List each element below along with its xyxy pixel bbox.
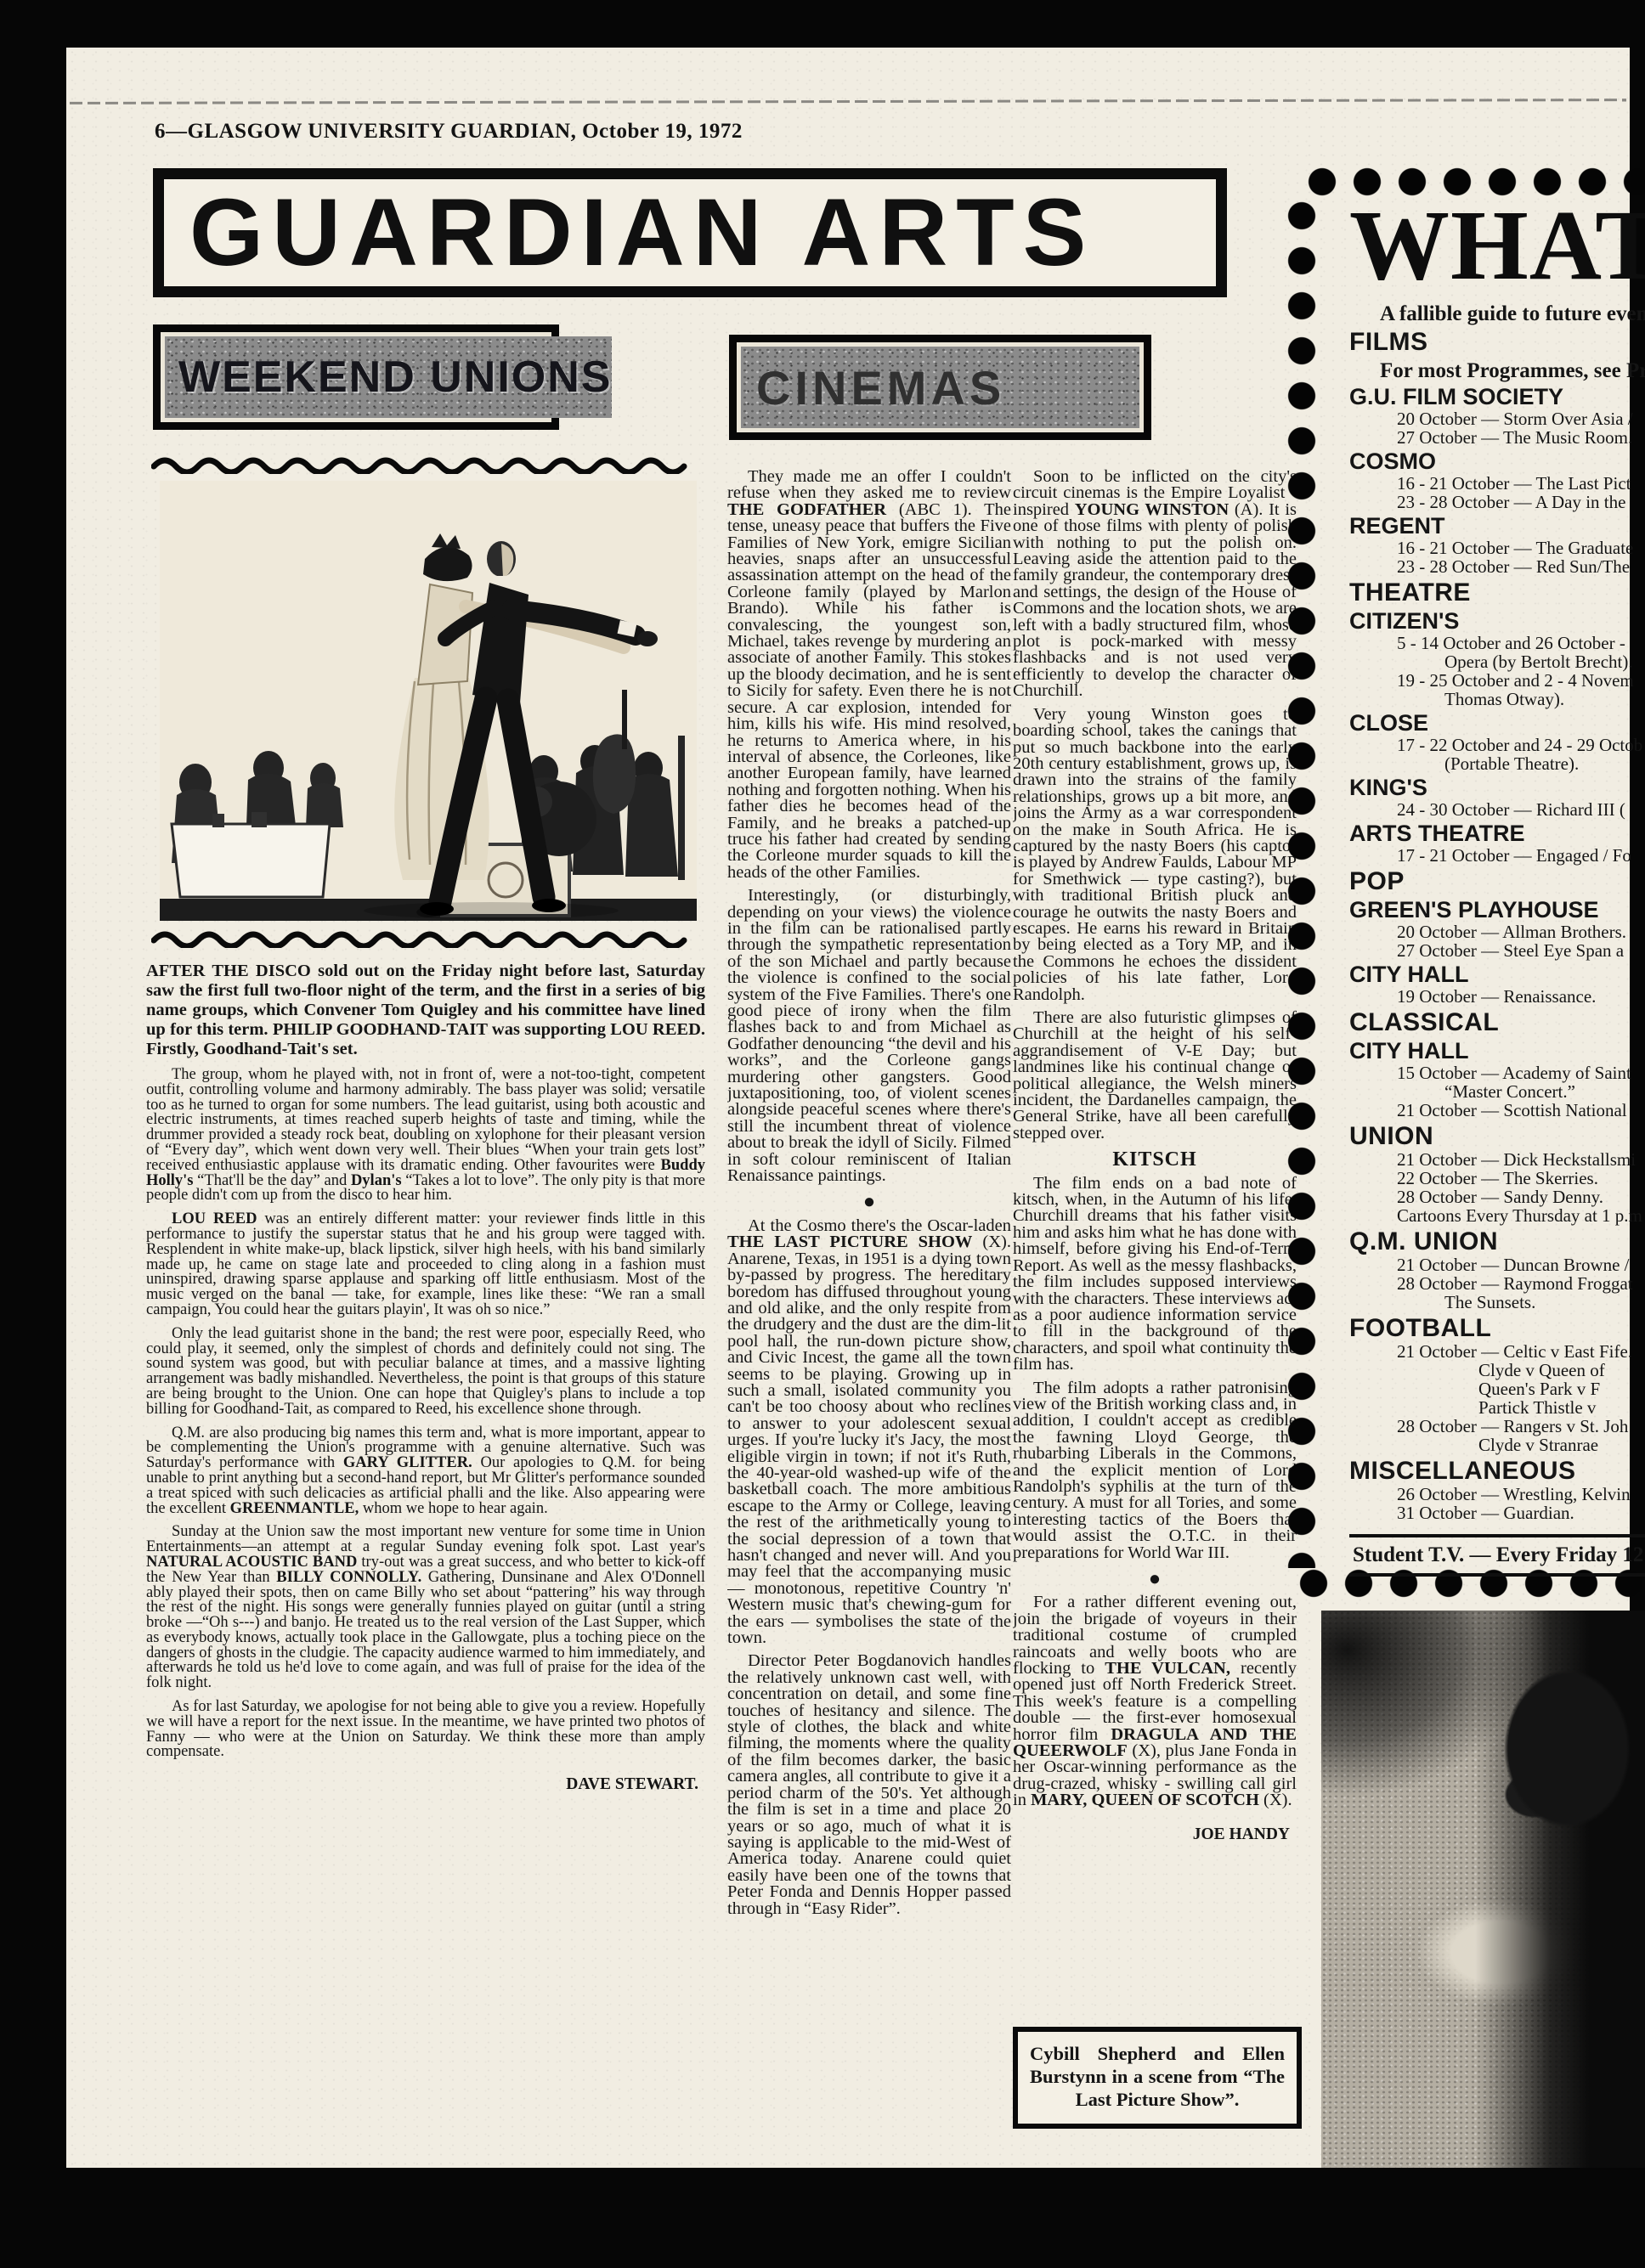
listing-venue-name: CITIZEN'S	[1349, 609, 1645, 634]
listing-event-line: 24 - 30 October — Richard III (	[1349, 800, 1645, 819]
paragraph: Very young Winston goes to boarding scho…	[1013, 707, 1297, 1003]
bullet-separator: ●	[727, 1194, 1011, 1210]
bullet-separator: ●	[1013, 1571, 1297, 1588]
listing-event-line: 26 October — Wrestling, Kelvin	[1349, 1485, 1645, 1504]
paragraph: As for last Saturday, we apologise for n…	[146, 1700, 705, 1760]
listing-section-heading: FILMS	[1349, 329, 1645, 356]
masthead: 6—GLASGOW UNIVERSITY GUARDIAN, October 1…	[155, 119, 743, 144]
listing-event-line: 27 October — The Music Room.	[1349, 428, 1645, 447]
paragraph: LOU REED was an entirely different matte…	[146, 1212, 705, 1318]
listing-event-line: 20 October — Storm Over Asia /	[1349, 409, 1645, 428]
listing-event-line: 27 October — Steel Eye Span a	[1349, 941, 1645, 960]
paragraph: They made me an offer I couldn't refuse …	[727, 469, 1011, 881]
scan-border-bottom	[0, 2168, 1645, 2268]
listing-event-line: 23 - 28 October — A Day in the	[1349, 493, 1645, 511]
paragraph: AFTER THE DISCO sold out on the Friday n…	[146, 962, 705, 1059]
listing-event-line: 17 - 21 October — Engaged / Fo	[1349, 846, 1645, 865]
listing-venue-name: KING'S	[1349, 776, 1645, 800]
subheading: KITSCH	[1013, 1152, 1297, 1168]
wavy-divider-bottom	[151, 931, 705, 948]
listing-section-heading: POP	[1349, 868, 1645, 895]
listing-event-line: 19 - 25 October and 2 - 4 Novem	[1349, 671, 1645, 690]
dancing-couple-illustration	[160, 481, 697, 921]
weekend-unions-header-bg: WEEKEND UNIONS	[165, 336, 612, 418]
paragraph: Sunday at the Union saw the most importa…	[146, 1525, 705, 1691]
listing-venue-name: CITY HALL	[1349, 962, 1645, 987]
scan-border-left	[0, 0, 66, 2268]
paragraph: Soon to be inflicted on the city's circu…	[1013, 469, 1297, 700]
whats-on-sections: FILMSFor most Programmes, see PressG.U. …	[1349, 329, 1645, 1522]
student-tv-note: Student T.V. — Every Friday 12	[1349, 1534, 1645, 1577]
listing-event-line: 16 - 21 October — The Last Pict	[1349, 474, 1645, 493]
paragraph: Only the lead guitarist shone in the ban…	[146, 1327, 705, 1418]
listing-event-line: Opera (by Bertolt Brecht).	[1349, 652, 1645, 671]
wavy-divider-top	[151, 457, 705, 474]
listing-event-line: (Portable Theatre).	[1349, 754, 1645, 773]
listing-event-line: The Sunsets.	[1349, 1293, 1645, 1312]
listing-event-line: Clyde v Queen of	[1349, 1361, 1645, 1379]
listing-venue-name: GREEN'S PLAYHOUSE	[1349, 898, 1645, 922]
listing-section-heading: THEATRE	[1349, 579, 1645, 606]
whats-on-title: WHAT'S ON	[1349, 192, 1645, 299]
scan-border-top	[0, 0, 1645, 48]
listing-event-line: 15 October — Academy of Saint	[1349, 1063, 1645, 1082]
paragraph: The film adopts a rather patronising vie…	[1013, 1380, 1297, 1561]
listing-event-line: 21 October — Celtic v East Fife.	[1349, 1342, 1645, 1361]
paragraph: Q.M. are also producing big names this t…	[146, 1426, 705, 1517]
cinemas-header-bg: CINEMAS	[741, 347, 1139, 428]
paragraph: There are also futuristic glimpses of Ch…	[1013, 1010, 1297, 1142]
listing-event-line: Cartoons Every Thursday at 1 p.m	[1349, 1206, 1645, 1225]
guardian-arts-title: GUARDIAN ARTS	[164, 185, 1094, 280]
listing-venue-name: CITY HALL	[1349, 1039, 1645, 1063]
listing-event-line: “Master Concert.”	[1349, 1082, 1645, 1101]
paragraph: Interestingly, (or disturbingly, dependi…	[727, 888, 1011, 1184]
listing-event-line: 23 - 28 October — Red Sun/The	[1349, 557, 1645, 576]
listing-event-line: Partick Thistle v	[1349, 1398, 1645, 1417]
listing-event-line: Thomas Otway).	[1349, 690, 1645, 708]
byline: DAVE STEWART.	[146, 1777, 705, 1792]
listing-event-line: 5 - 14 October and 26 October -	[1349, 634, 1645, 652]
listing-venue-name: G.U. FILM SOCIETY	[1349, 385, 1645, 409]
listing-venue-name: COSMO	[1349, 449, 1645, 474]
cinemas-article-col-2: Soon to be inflicted on the city's circu…	[1013, 462, 1297, 2025]
whats-on-listings: WHAT'S ON A fallible guide to future eve…	[1349, 192, 1645, 1577]
paragraph: At the Cosmo there's the Oscar-laden THE…	[727, 1218, 1011, 1647]
listing-event-line: 20 October — Allman Brothers.	[1349, 922, 1645, 941]
listing-venue-name: CLOSE	[1349, 711, 1645, 736]
guardian-arts-banner: GUARDIAN ARTS	[153, 168, 1227, 297]
listing-event-line: Clyde v Stranrae	[1349, 1436, 1645, 1454]
listing-section-heading: UNION	[1349, 1123, 1645, 1150]
listing-event-line: 21 October — Duncan Browne /	[1349, 1255, 1645, 1274]
listing-section-heading: FOOTBALL	[1349, 1315, 1645, 1342]
photo-caption: Cybill Shepherd and Ellen Burstynn in a …	[1013, 2027, 1302, 2129]
listing-venue-name: REGENT	[1349, 514, 1645, 539]
listing-event-line: Queen's Park v F	[1349, 1379, 1645, 1398]
cinemas-header-label: CINEMAS	[741, 360, 1005, 415]
listing-event-line: 31 October — Guardian.	[1349, 1504, 1645, 1522]
listing-event-line: 28 October — Rangers v St. Joh	[1349, 1417, 1645, 1436]
paragraph: The group, whom he played with, not in f…	[146, 1068, 705, 1204]
listing-section-heading: CLASSICAL	[1349, 1009, 1645, 1036]
cinemas-header: CINEMAS	[729, 335, 1151, 440]
listing-event-line: 16 - 21 October — The Graduate	[1349, 539, 1645, 557]
paragraph: The film ends on a bad note of kitsch, w…	[1013, 1176, 1297, 1374]
listing-venue-name: ARTS THEATRE	[1349, 821, 1645, 846]
weekend-unions-header-label: WEEKEND UNIONS	[165, 352, 612, 403]
paragraph: Director Peter Bogdanovich handles the r…	[727, 1653, 1011, 1917]
listing-event-line: 19 October — Renaissance.	[1349, 987, 1645, 1006]
listing-event-line: 17 - 22 October and 24 - 29 Octob	[1349, 736, 1645, 754]
byline: JOE HANDY	[1013, 1826, 1297, 1842]
weekend-unions-article: AFTER THE DISCO sold out on the Friday n…	[146, 962, 705, 2151]
listing-event-line: 28 October — Raymond Froggat	[1349, 1274, 1645, 1293]
listing-section-heading: Q.M. UNION	[1349, 1228, 1645, 1255]
listing-event-line: 22 October — The Skerries.	[1349, 1169, 1645, 1188]
listing-event-line: 21 October — Dick Heckstallsmi	[1349, 1150, 1645, 1169]
dotted-divider-vertical	[1286, 200, 1319, 1568]
weekend-unions-header: WEEKEND UNIONS	[153, 324, 559, 430]
listing-section-note: For most Programmes, see Press	[1380, 359, 1645, 382]
paragraph: For a rather different evening out, join…	[1013, 1594, 1297, 1808]
whats-on-subtitle: A fallible guide to future events	[1380, 302, 1645, 325]
listing-event-line: 28 October — Sandy Denny.	[1349, 1188, 1645, 1206]
cinemas-article-col-1: They made me an offer I couldn't refuse …	[727, 462, 1011, 2152]
listing-section-heading: MISCELLANEOUS	[1349, 1458, 1645, 1485]
listing-event-line: 21 October — Scottish National	[1349, 1101, 1645, 1120]
